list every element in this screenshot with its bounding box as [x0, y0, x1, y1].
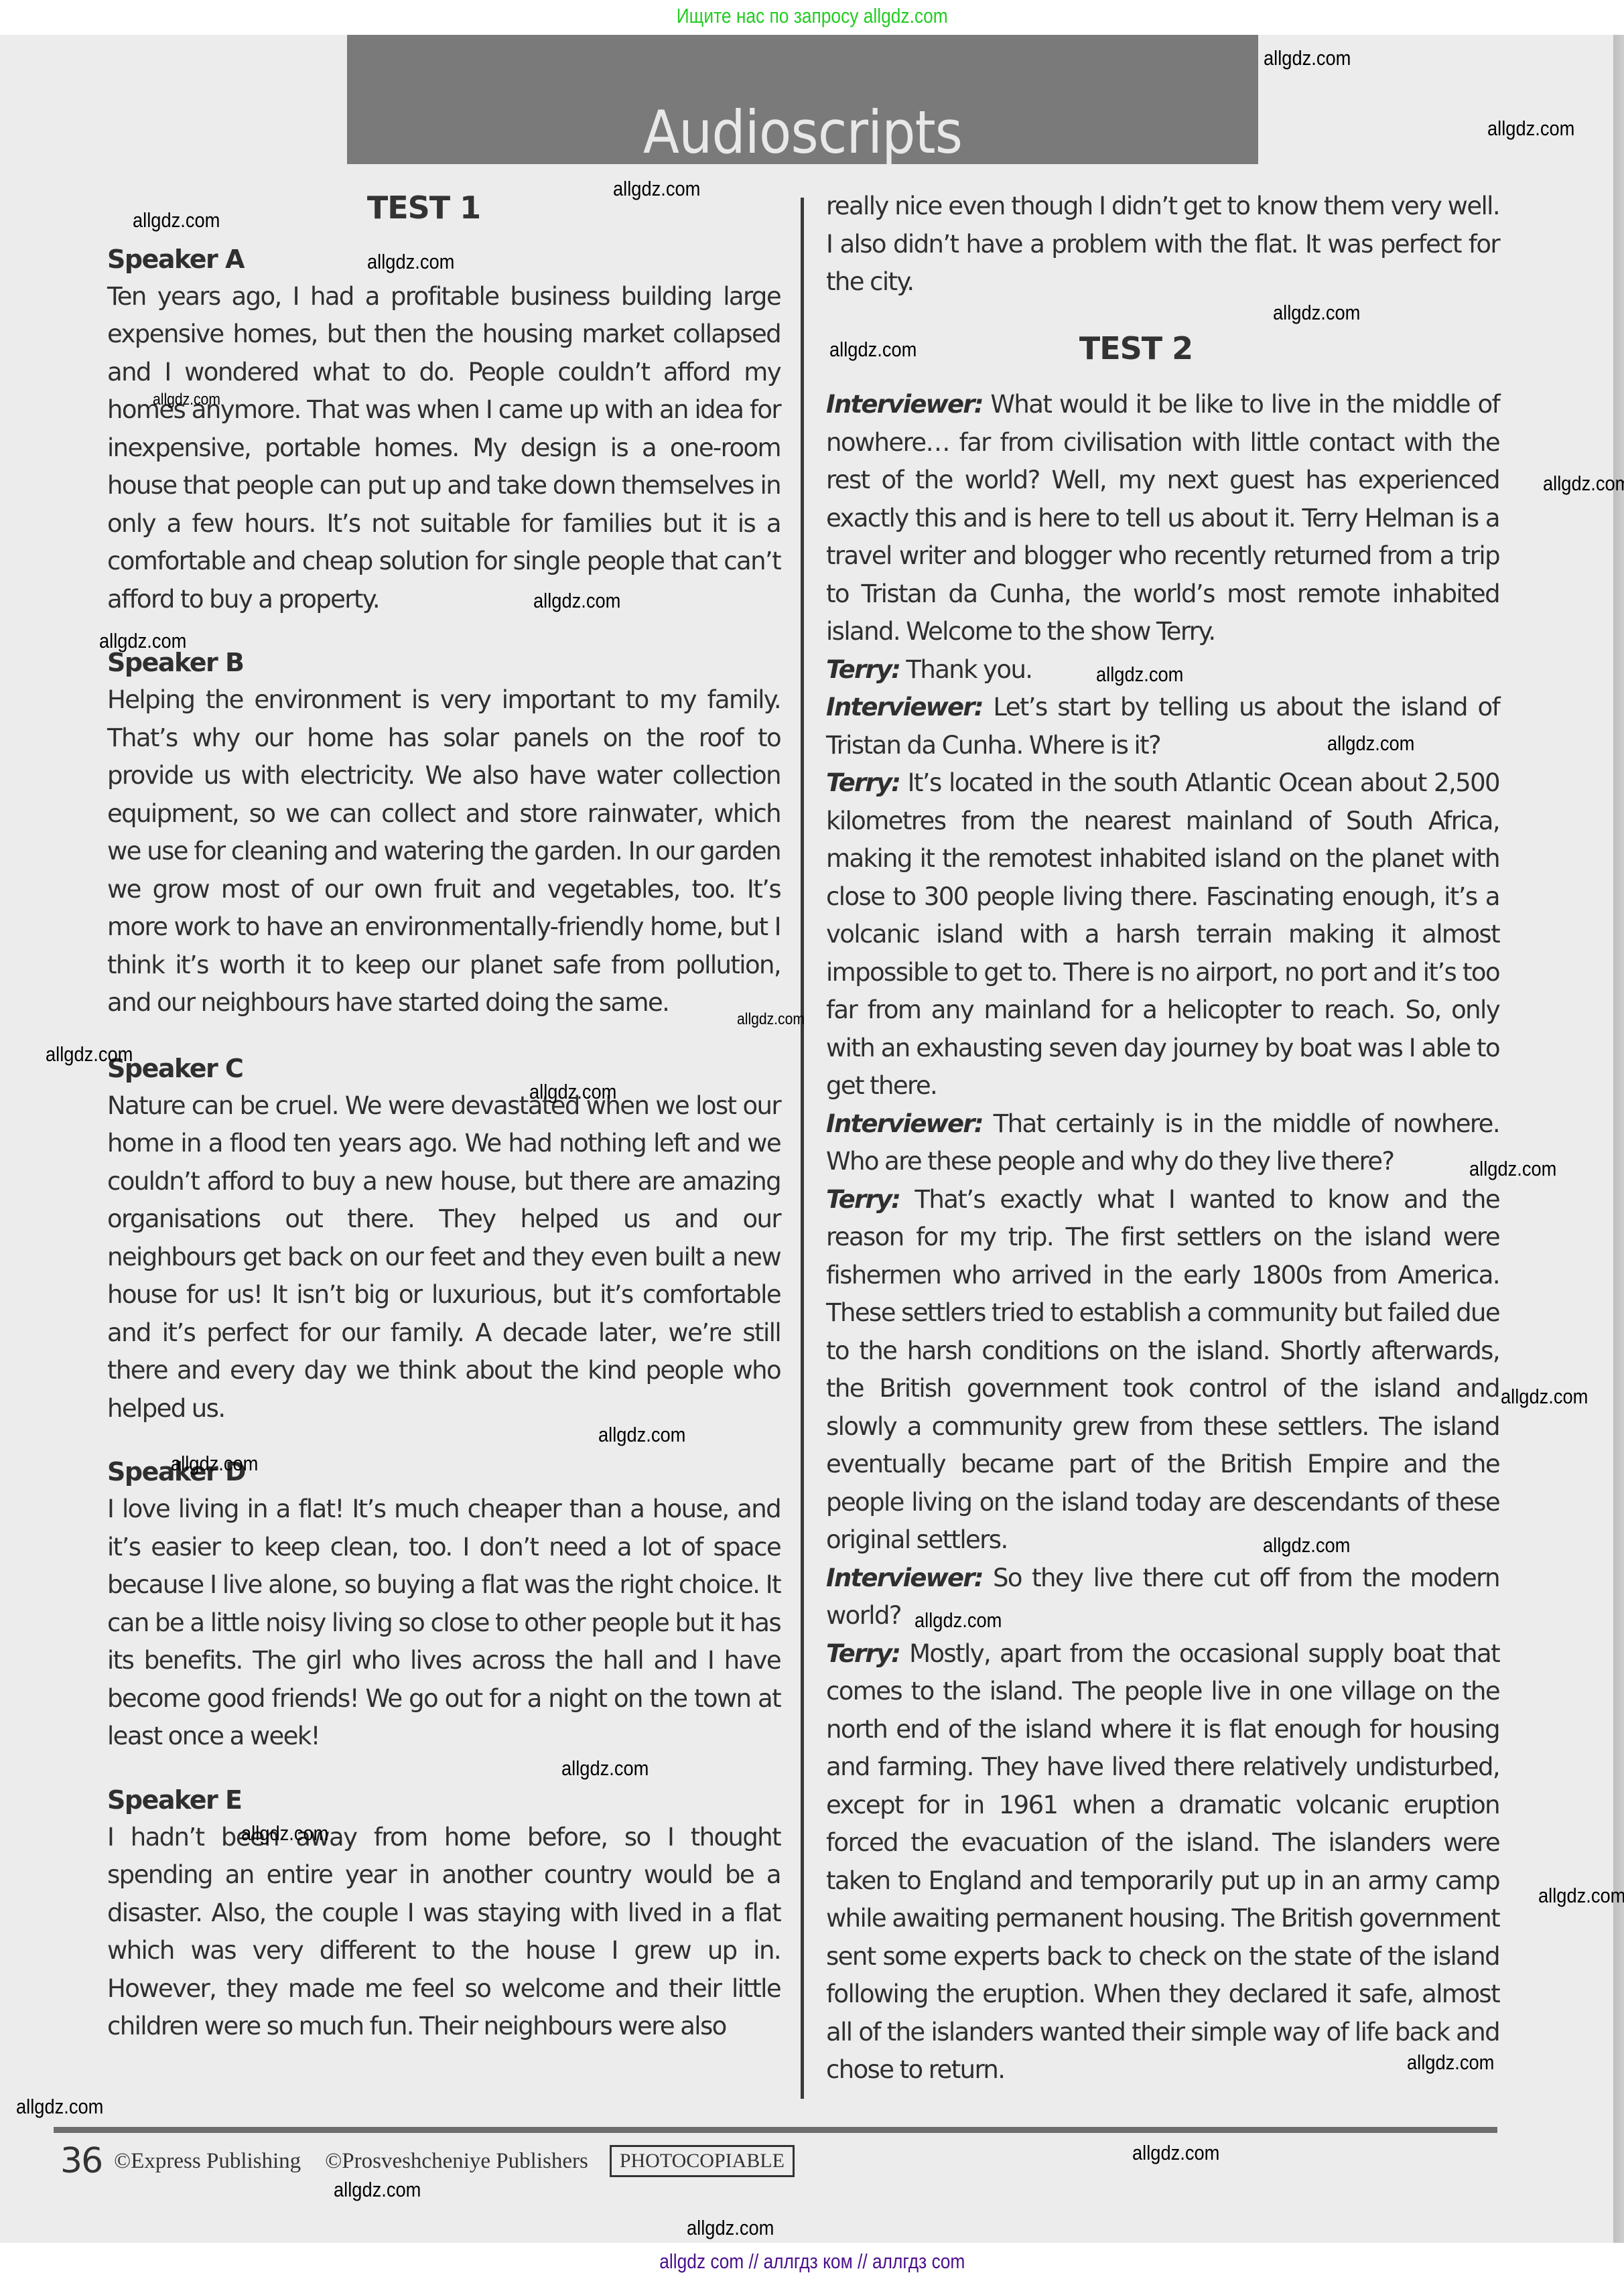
watermark: allgdz.com	[829, 338, 917, 361]
watermark: allgdz.com	[1487, 117, 1574, 140]
speaker-text: Nature can be cruel. We were devastated …	[107, 1087, 781, 1428]
left-column: TEST 1 Speaker A Ten years ago, I had a …	[107, 181, 781, 2071]
speaker-e-block: Speaker E I hadn’t been away from home b…	[107, 1781, 781, 2046]
dialogue-speaker: Terry:	[826, 1639, 900, 1668]
watermark: allgdz.com	[915, 1609, 1002, 1632]
speaker-label: Speaker B	[107, 644, 781, 681]
publisher-credit: ©Prosveshcheniye Publishers	[325, 2149, 588, 2174]
publisher-credit: ©Express Publishing	[114, 2149, 301, 2174]
dialogue-speaker: Interviewer:	[826, 693, 983, 721]
bottom-banner-text: allgdz com // аллгдз ком // аллгдз com	[659, 2249, 965, 2274]
dialogue-speaker: Interviewer:	[826, 1564, 983, 1592]
watermark: allgdz.com	[1327, 732, 1414, 755]
speaker-b-block: Speaker B Helping the environment is ver…	[107, 644, 781, 1022]
top-banner-text: Ищите нас по запросу allgdz.com	[677, 4, 948, 28]
watermark: allgdz.com	[1538, 1884, 1624, 1907]
page-footer: 36 ©Express Publishing ©Prosveshcheniye …	[60, 2141, 795, 2181]
watermark: allgdz.com	[153, 389, 220, 411]
dialogue-line: Terry: That’s exactly what I wanted to k…	[826, 1181, 1499, 1560]
speaker-label: Speaker C	[107, 1050, 781, 1087]
speaker-c-block: Speaker C Nature can be cruel. We were d…	[107, 1050, 781, 1428]
watermark: allgdz.com	[1264, 47, 1351, 70]
section-header: Audioscripts	[347, 35, 1258, 164]
dialogue-speaker: Terry:	[826, 655, 900, 684]
watermark: allgdz.com	[46, 1043, 133, 1066]
watermark: allgdz.com	[241, 1822, 328, 1845]
page-edge-shadow	[1613, 35, 1624, 2243]
dialogue-line: Terry: It’s located in the south Atlanti…	[826, 764, 1499, 1105]
watermark: allgdz.com	[529, 1081, 616, 1103]
dialogue-line: Interviewer: That certainly is in the mi…	[826, 1105, 1499, 1181]
watermark: allgdz.com	[598, 1424, 685, 1446]
watermark: allgdz.com	[737, 1008, 805, 1031]
dialogue-text: Thank you.	[900, 655, 1032, 684]
dialogue-line: Terry: Mostly, apart from the occasional…	[826, 1635, 1499, 2089]
dialogue-speaker: Interviewer:	[826, 1109, 983, 1138]
dialogue-speaker: Interviewer:	[826, 390, 983, 419]
top-watermark-banner: Ищите нас по запросу allgdz.com	[0, 0, 1624, 35]
dialogue-text: It’s located in the south Atlantic Ocean…	[826, 768, 1499, 1100]
photocopiable-badge: PHOTOCOPIABLE	[610, 2145, 795, 2177]
watermark: allgdz.com	[1263, 1534, 1350, 1557]
watermark: allgdz.com	[1407, 2051, 1494, 2074]
speaker-label: Speaker E	[107, 1781, 781, 1819]
watermark: allgdz.com	[1469, 1158, 1556, 1180]
dialogue-text: What would it be like to live in the mid…	[826, 390, 1499, 646]
speaker-e-continuation: really nice even though I didn’t get to …	[826, 188, 1499, 301]
watermark: allgdz.com	[1096, 663, 1183, 686]
dialogue-speaker: Terry:	[826, 768, 900, 797]
footer-rule	[54, 2127, 1497, 2133]
right-column: really nice even though I didn’t get to …	[826, 188, 1499, 2089]
watermark: allgdz.com	[99, 630, 186, 652]
watermark: allgdz.com	[687, 2217, 774, 2239]
watermark: allgdz.com	[16, 2095, 103, 2118]
speaker-d-block: Speaker D I love living in a flat! It’s …	[107, 1453, 781, 1756]
watermark: allgdz.com	[561, 1757, 649, 1780]
speaker-text: Ten years ago, I had a profitable busine…	[107, 278, 781, 619]
watermark: allgdz.com	[334, 2178, 421, 2201]
watermark: allgdz.com	[1132, 2142, 1219, 2164]
watermark: allgdz.com	[1501, 1385, 1588, 1408]
speaker-text: I hadn’t been away from home before, so …	[107, 1819, 781, 2046]
watermark: allgdz.com	[613, 178, 700, 200]
watermark: allgdz.com	[533, 590, 620, 612]
watermark: allgdz.com	[171, 1452, 258, 1475]
dialogue-speaker: Terry:	[826, 1185, 900, 1214]
column-divider	[801, 198, 804, 2099]
bottom-watermark-banner: allgdz com // аллгдз ком // аллгдз com	[0, 2243, 1624, 2285]
watermark: allgdz.com	[1273, 301, 1360, 324]
page-title: Audioscripts	[393, 98, 1213, 167]
dialogue-text: That’s exactly what I wanted to know and…	[826, 1185, 1499, 1555]
watermark: allgdz.com	[1543, 472, 1624, 495]
watermark: allgdz.com	[133, 209, 220, 232]
speaker-text: I love living in a flat! It’s much cheap…	[107, 1491, 781, 1756]
dialogue-text: Mostly, apart from the occasional supply…	[826, 1639, 1499, 2085]
watermark: allgdz.com	[367, 251, 454, 273]
dialogue-line: Interviewer: What would it be like to li…	[826, 386, 1499, 651]
speaker-a-block: Speaker A Ten years ago, I had a profita…	[107, 240, 781, 619]
test-2-heading: TEST 2	[826, 330, 1499, 368]
page-number: 36	[60, 2141, 102, 2181]
speaker-text: Helping the environment is very importan…	[107, 681, 781, 1022]
